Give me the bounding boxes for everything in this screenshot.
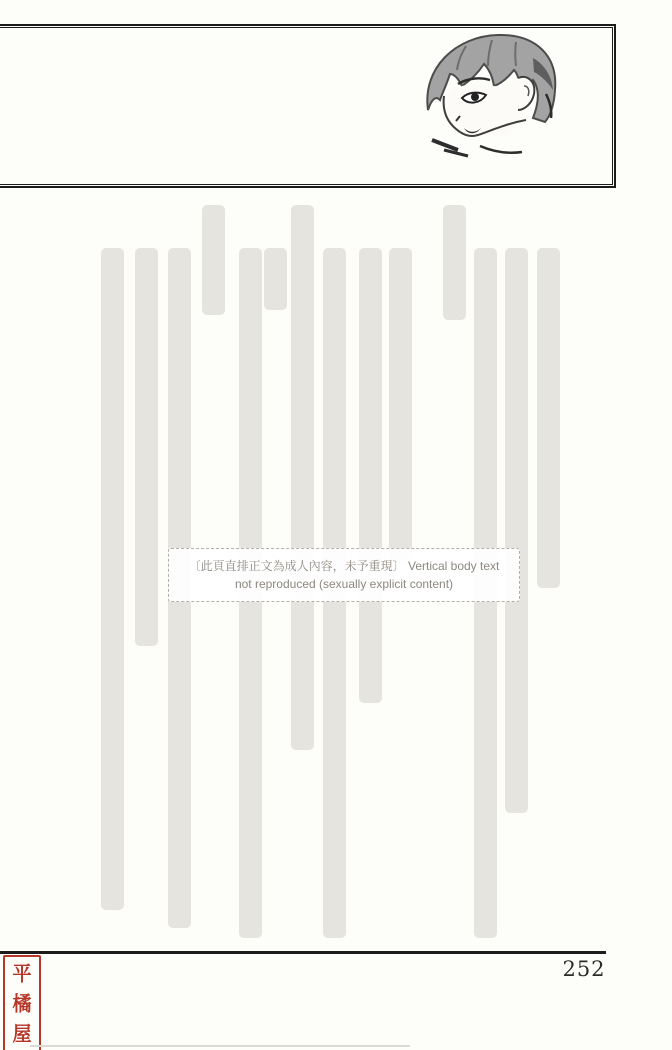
redacted-text-column (135, 248, 158, 646)
body-text-area (0, 0, 672, 1050)
seal-character: 屋 (12, 1024, 31, 1044)
redacted-text-column (443, 205, 466, 320)
book-page: 〔此頁直排正文為成人內容，未予重現〕 Vertical body text no… (0, 0, 672, 1050)
redacted-text-column (537, 248, 560, 588)
redacted-text-column (101, 248, 124, 910)
redacted-text-column (359, 248, 382, 703)
seal-character: 橘 (12, 994, 31, 1014)
redacted-text-column (202, 205, 225, 315)
page-number: 252 (552, 957, 616, 981)
redacted-text-column (389, 248, 412, 563)
redaction-notice: 〔此頁直排正文為成人內容，未予重現〕 Vertical body text no… (168, 548, 520, 602)
footer-rule (0, 951, 606, 954)
redacted-text-column (505, 248, 528, 813)
publisher-seal: 平 橘 屋 (3, 955, 41, 1050)
scan-artifact-line (30, 1045, 410, 1047)
redacted-text-column (264, 248, 287, 310)
seal-character: 平 (12, 964, 31, 984)
redacted-text-column (291, 205, 314, 750)
